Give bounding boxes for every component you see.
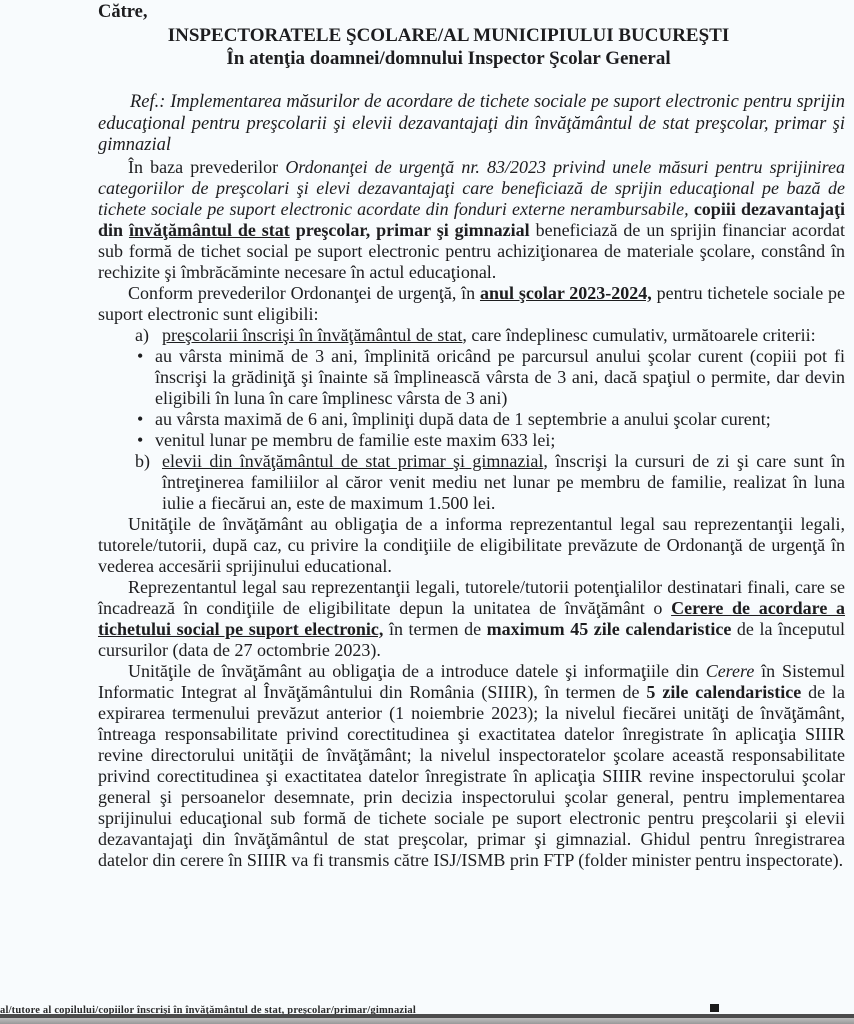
bullet-icon: • [137,430,143,451]
bullet-text: au vârsta maximă de 6 ani, împliniţi dup… [155,409,771,429]
text-run-underline: elevii din învăţământul de stat primar ş… [162,451,543,471]
text-run-bold-underline: învăţământul de stat [129,220,290,240]
paragraph-siiir-data-entry: Unităţile de învăţământ au obligaţia de … [98,661,845,871]
bullet-icon: • [137,409,143,430]
clipped-footnote-text: al/tutore al copilului/copiilor înscrişi… [0,1005,854,1014]
text-run-italic: Cerere [706,661,755,681]
scan-artifact-square [710,1004,719,1012]
text-run: În baza prevederilor [128,157,285,177]
bullet-item-age-min: •au vârsta minimă de 3 ani, împlinită or… [98,346,845,409]
list-marker-a: a) [135,325,149,346]
bullet-item-age-max: •au vârsta maximă de 6 ani, împliniţi du… [98,409,845,430]
text-run-bold: maximum 45 zile calendaristice [487,619,732,639]
scanned-document-page: Către, INSPECTORATELE ŞCOLARE/AL MUNICIP… [0,0,854,1014]
text-run-bold-underline: anul şcolar 2023-2024, [480,283,652,303]
text-run-bold: 5 zile calendaristice [646,682,801,702]
bullet-item-income: •venitul lunar pe membru de familie este… [98,430,845,451]
bullet-text: venitul lunar pe membru de familie este … [155,430,555,450]
text-run: Unităţile de învăţământ au obligaţia de … [128,661,706,681]
text-run-underline: preşcolarii înscrişi în învăţământul de … [162,325,462,345]
viewer-bottom-bar [0,1018,854,1024]
reference-subject-paragraph: Ref.: Implementarea măsurilor de acordar… [98,92,845,157]
text-run: de la expirarea termenului prevăzut ante… [98,682,845,870]
addressee-line-2: În atenţia doamnei/domnului Inspector Şc… [98,47,799,70]
paragraph-application-request: Reprezentantul legal sau reprezentanţii … [98,577,845,661]
text-run: în termen de [383,619,486,639]
paragraph-school-obligation-inform: Unităţile de învăţământ au obligaţia de … [98,514,845,577]
salutation: Către, [98,2,845,23]
bullet-icon: • [137,346,143,367]
paragraph-legal-basis: În baza prevederilor Ordonanţei de urgen… [98,157,845,283]
bullet-text: au vârsta minimă de 3 ani, împlinită ori… [155,346,845,408]
text-run: , care îndeplinesc cumulativ, următoarel… [462,325,815,345]
list-marker-b: b) [135,451,150,472]
list-item-b: b)elevii din învăţământul de stat primar… [98,451,845,514]
paragraph-eligibility-intro: Conform prevederilor Ordonanţei de urgen… [98,283,845,325]
list-item-a: a)preşcolarii înscrişi în învăţământul d… [98,325,845,346]
addressee-line-1: INSPECTORATELE ŞCOLARE/AL MUNICIPIULUI B… [98,24,799,47]
addressee-title-block: INSPECTORATELE ŞCOLARE/AL MUNICIPIULUI B… [98,24,799,70]
text-run: Conform prevederilor Ordonanţei de urgen… [128,283,480,303]
document-content: Către, INSPECTORATELE ŞCOLARE/AL MUNICIP… [0,0,854,871]
text-run-bold: preşcolar, primar şi gimnazial [290,220,530,240]
